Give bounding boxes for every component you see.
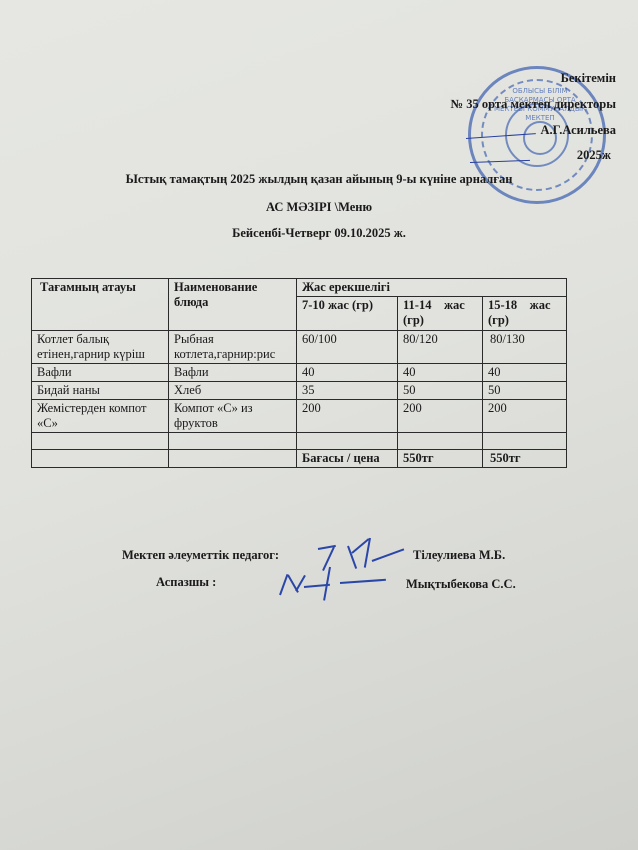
dish-name-kz: Вафли bbox=[32, 364, 169, 382]
dish-name-kz: Жемістерден компот «С» bbox=[32, 400, 169, 433]
header-name-ru: Наименование блюда bbox=[169, 279, 297, 331]
table-row: Котлет балық етінен,гарнир күріш Рыбная … bbox=[32, 331, 567, 364]
dish-name-ru: Компот «С» из фруктов bbox=[169, 400, 297, 433]
dish-name-ru bbox=[169, 433, 297, 450]
portion-7-10 bbox=[297, 433, 398, 450]
header-age-7-10: 7-10 жас (гр) bbox=[297, 297, 398, 331]
header-name-kz: Тағамның атауы bbox=[32, 279, 169, 331]
price-15-18: 550тг bbox=[483, 450, 567, 468]
header-age-group: Жас ерекшелігі bbox=[297, 279, 567, 297]
price-11-14: 550тг bbox=[398, 450, 483, 468]
portion-7-10: 60/100 bbox=[297, 331, 398, 364]
portion-7-10: 200 bbox=[297, 400, 398, 433]
dish-name-ru: Рыбная котлета,гарнир:рис bbox=[169, 331, 297, 364]
dish-name-kz: Бидай наны bbox=[32, 382, 169, 400]
header-age-11-14: 11-14 жас (гр) bbox=[398, 297, 483, 331]
table-header-row: Тағамның атауы Наименование блюда Жас ер… bbox=[32, 279, 567, 297]
dish-name-kz: Котлет балық етінен,гарнир күріш bbox=[32, 331, 169, 364]
portion-11-14 bbox=[398, 433, 483, 450]
price-empty-kz bbox=[32, 450, 169, 468]
table-row: Жемістерден компот «С» Компот «С» из фру… bbox=[32, 400, 567, 433]
portion-15-18: 80/130 bbox=[483, 331, 567, 364]
portion-7-10: 35 bbox=[297, 382, 398, 400]
price-empty-ru bbox=[169, 450, 297, 468]
menu-title: АС МӘЗІРІ \Меню bbox=[0, 200, 638, 215]
menu-date: Бейсенбі-Четверг 09.10.2025 ж. bbox=[0, 226, 638, 241]
approval-year: 2025ж bbox=[577, 148, 611, 163]
social-pedagogue-name: Тілеулиева М.Б. bbox=[413, 548, 505, 563]
dish-name-ru: Вафли bbox=[169, 364, 297, 382]
table-row: Бидай наны Хлеб 35 50 50 bbox=[32, 382, 567, 400]
approval-position: № 35 орта мектеп директоры bbox=[451, 97, 616, 112]
table-row: Вафли Вафли 40 40 40 bbox=[32, 364, 567, 382]
portion-11-14: 40 bbox=[398, 364, 483, 382]
portion-11-14: 50 bbox=[398, 382, 483, 400]
social-pedagogue-role: Мектеп әлеуметтік педагог: bbox=[122, 548, 279, 563]
approval-label: Бекітемін bbox=[561, 71, 616, 86]
dish-name-kz bbox=[32, 433, 169, 450]
price-row: Бағасы / цена 550тг 550тг bbox=[32, 450, 567, 468]
portion-15-18: 40 bbox=[483, 364, 567, 382]
table-row-empty bbox=[32, 433, 567, 450]
portion-15-18 bbox=[483, 433, 567, 450]
portion-15-18: 50 bbox=[483, 382, 567, 400]
approval-director-name: А.Г.Асильева bbox=[541, 123, 616, 138]
menu-table: Тағамның атауы Наименование блюда Жас ер… bbox=[31, 278, 567, 468]
document-title: Ыстық тамақтың 2025 жылдың қазан айының … bbox=[0, 172, 638, 187]
cook-role: Аспазшы : bbox=[156, 575, 216, 590]
portion-11-14: 200 bbox=[398, 400, 483, 433]
portion-11-14: 80/120 bbox=[398, 331, 483, 364]
dish-name-ru: Хлеб bbox=[169, 382, 297, 400]
portion-7-10: 40 bbox=[297, 364, 398, 382]
price-label: Бағасы / цена bbox=[297, 450, 398, 468]
portion-15-18: 200 bbox=[483, 400, 567, 433]
cook-name: Мықтыбекова С.С. bbox=[406, 577, 516, 592]
header-age-15-18: 15-18 жас (гр) bbox=[483, 297, 567, 331]
